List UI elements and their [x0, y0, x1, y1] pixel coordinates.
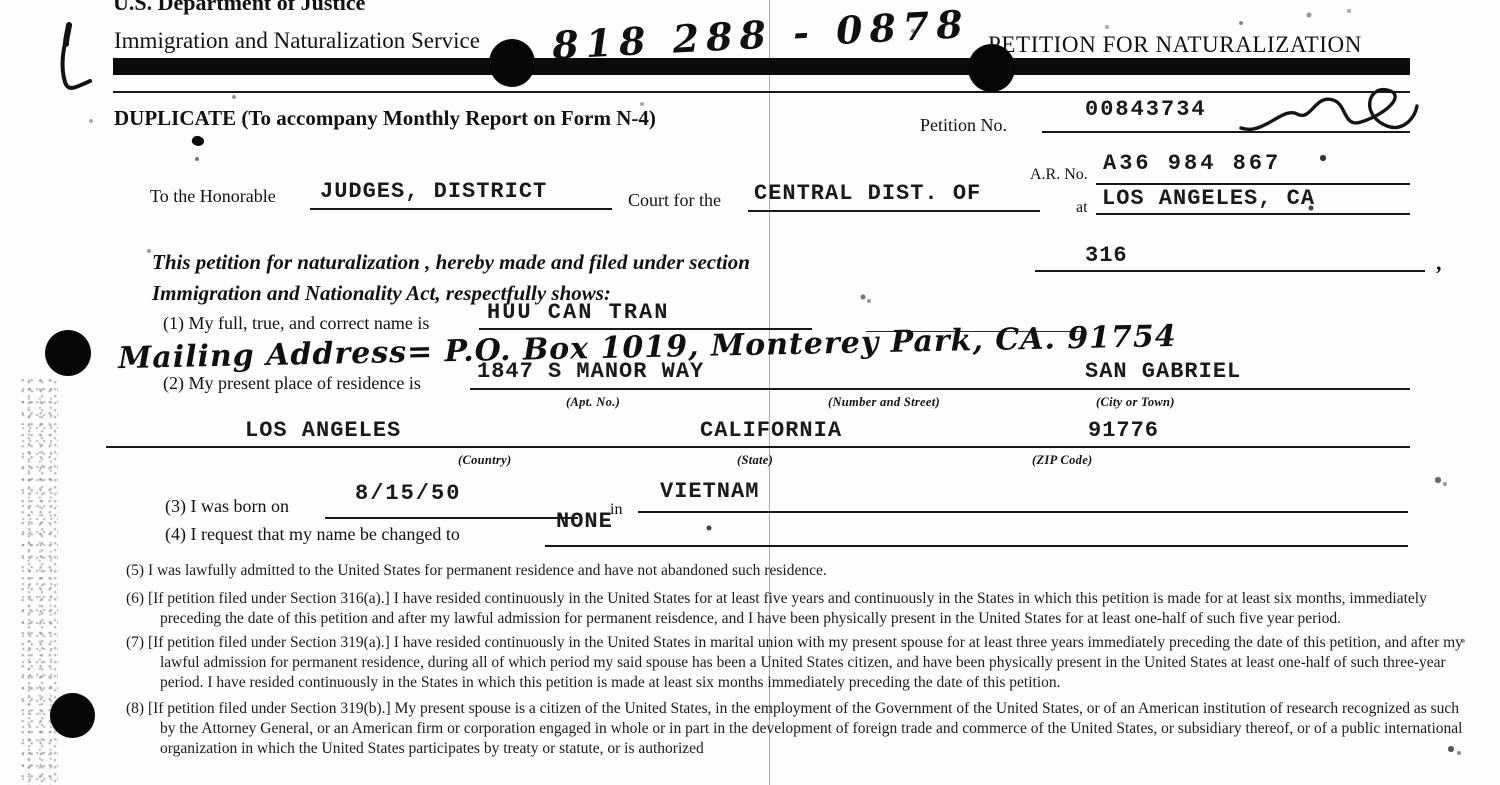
residence-underline-2	[106, 446, 1410, 448]
dept-title-clipped: U.S. Department of Justice	[113, 0, 713, 17]
header-rule	[113, 91, 1410, 93]
born-date-underline	[325, 517, 578, 519]
residence-street-value: 1847 S MANOR WAY	[477, 359, 704, 384]
at-label: at	[1076, 199, 1088, 217]
scan-specks	[0, 0, 2, 2]
born-label: (3) I was born on	[165, 496, 289, 517]
caption-zip-code: (ZIP Code)	[1032, 453, 1093, 468]
handwritten-l-mark	[46, 20, 108, 98]
dept-title: U.S. Department of Justice	[113, 0, 713, 16]
petition-no-label: Petition No.	[920, 115, 1007, 136]
paragraph-5: (5) I was lawfully admitted to the Unite…	[126, 561, 1466, 581]
intro-line1: This petition for naturalization , hereb…	[152, 250, 750, 275]
ink-blot	[190, 134, 205, 148]
name-change-label: (4) I request that my name be changed to	[165, 524, 460, 545]
paragraph-6: (6) [If petition filed under Section 316…	[126, 589, 1466, 629]
name-value: HUU CAN TRAN	[487, 300, 669, 325]
hole-punch-mark	[968, 44, 1015, 92]
intro-trailing-comma: ,	[1436, 250, 1442, 276]
district-value: CENTRAL DIST. OF	[754, 181, 981, 206]
ar-no-label: A.R. No.	[1030, 166, 1088, 184]
honorable-label: To the Honorable	[150, 186, 276, 207]
residence-city-value: SAN GABRIEL	[1085, 359, 1241, 384]
honorable-underline	[310, 208, 612, 210]
ar-number-value: A36 984 867	[1103, 151, 1281, 176]
name-label: (1) My full, true, and correct name is	[163, 313, 429, 334]
section-value: 316	[1085, 243, 1128, 268]
location-value: LOS ANGELES, CA	[1102, 186, 1315, 211]
agency-title: Immigration and Naturalization Service	[114, 28, 480, 54]
residence-zip-value: 91776	[1088, 418, 1159, 443]
caption-city-town: (City or Town)	[1096, 395, 1175, 410]
residence-state-value: CALIFORNIA	[700, 418, 842, 443]
born-date-value: 8/15/50	[355, 481, 461, 506]
court-for-label: Court for the	[628, 190, 721, 211]
ink-blot-large	[50, 693, 95, 738]
born-place-value: VIETNAM	[660, 479, 759, 504]
scanned-petition-form: U.S. Department of Justice Immigration a…	[0, 0, 1500, 785]
signature-scribble	[1235, 84, 1420, 142]
form-title: PETITION FOR NATURALIZATION	[988, 32, 1362, 58]
caption-country: (Country)	[458, 453, 511, 468]
name-change-underline	[545, 545, 1408, 547]
header-black-bar	[113, 58, 1410, 75]
section-underline	[1035, 270, 1425, 272]
location-underline	[1096, 213, 1410, 215]
conditions-block: (5) I was lawfully admitted to the Unite…	[126, 561, 1466, 759]
ar-underline	[1096, 183, 1410, 185]
duplicate-line: DUPLICATE (To accompany Monthly Report o…	[114, 106, 656, 131]
residence-label: (2) My present place of residence is	[163, 373, 421, 394]
petition-no-value: 00843734	[1085, 97, 1207, 122]
caption-number-street: (Number and Street)	[828, 395, 940, 410]
caption-apt-no: (Apt. No.)	[566, 395, 620, 410]
paragraph-7: (7) [If petition filed under Section 319…	[126, 633, 1466, 693]
residence-underline-1	[470, 388, 1410, 390]
paragraph-8: (8) [If petition filed under Section 319…	[126, 699, 1466, 759]
name-change-value: NONE	[556, 509, 613, 534]
hole-punch-mark	[489, 39, 535, 87]
district-underline	[748, 210, 1040, 212]
caption-state: (State)	[737, 453, 773, 468]
honorable-value: JUDGES, DISTRICT	[320, 179, 547, 204]
residence-county-value: LOS ANGELES	[245, 418, 401, 443]
ink-blot-large	[45, 330, 91, 376]
born-place-underline	[638, 511, 1408, 513]
